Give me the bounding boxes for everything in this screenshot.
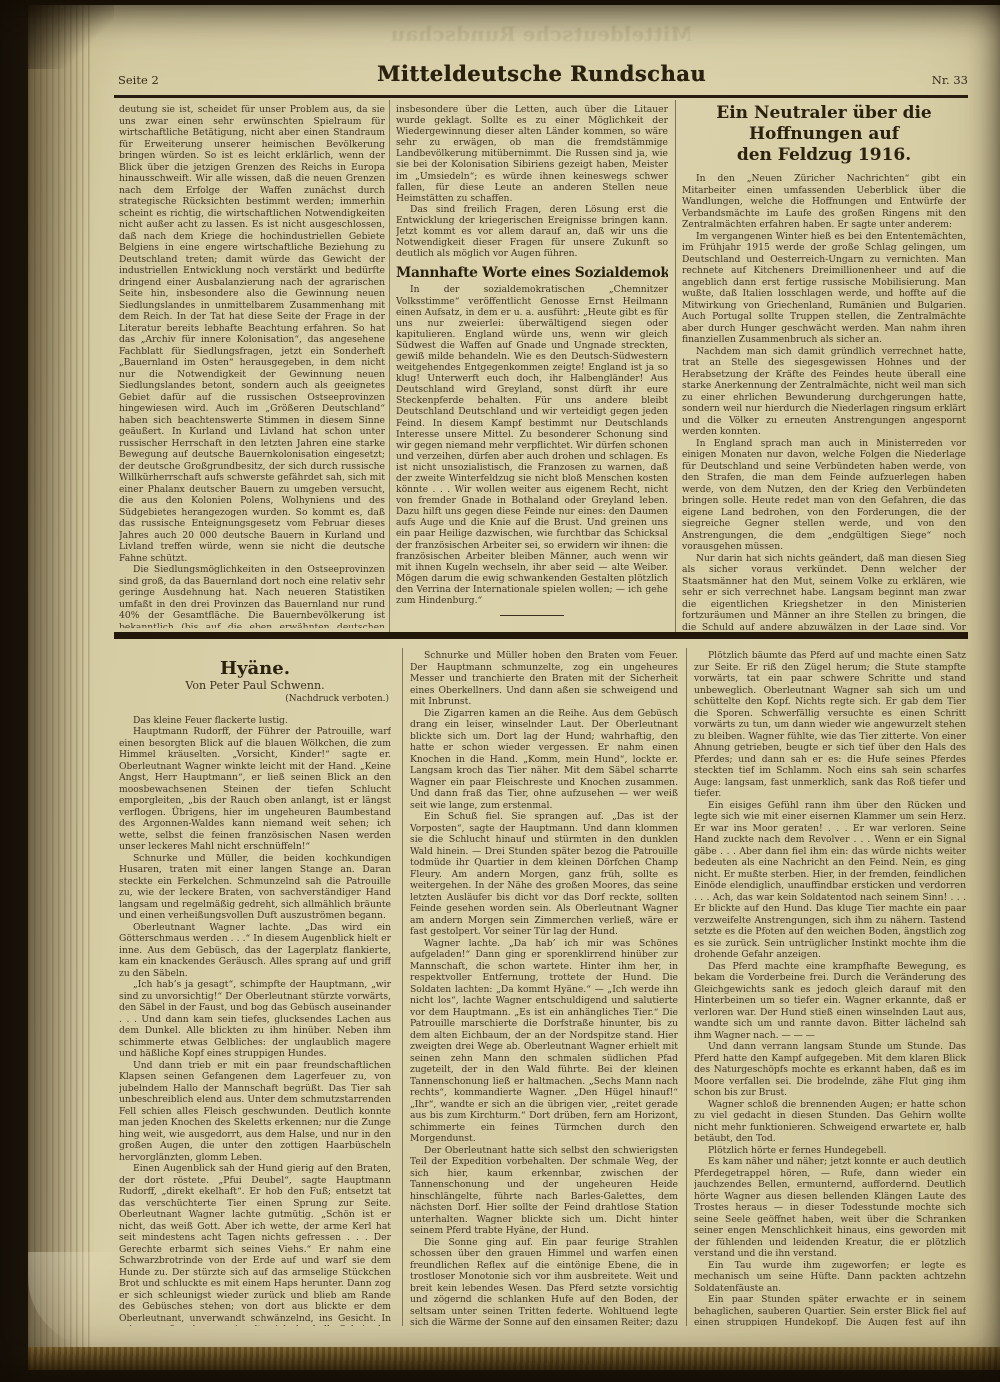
paragraph: Nachdem man sich damit gründlich verrech… xyxy=(682,346,966,438)
paragraph: In den „Neuen Züricher Nachrichten“ gibt… xyxy=(682,173,966,231)
paragraph: Ein Schuß fiel. Sie sprangen auf. „Das i… xyxy=(410,811,678,938)
paragraph: Das sind freilich Fragen, deren Lösung e… xyxy=(396,204,668,259)
paragraph: Schnurke und Müller hoben den Braten vom… xyxy=(410,650,678,708)
bottom-page-edges xyxy=(28,1347,1000,1370)
paragraph: Und dann trieb er mit ein paar freundsch… xyxy=(119,1060,391,1164)
story-title: Hyäne. xyxy=(119,663,391,675)
feuilleton-column-1: Hyäne. Von Peter Paul Schwenn. (Nachdruc… xyxy=(119,650,391,1326)
paragraph: Die Sonne ging auf. Ein paar feurige Str… xyxy=(410,1237,678,1327)
paragraph: deutung sie ist, scheidet für unser Prob… xyxy=(119,104,385,564)
paragraph: Schnurke und Müller, die beiden kochkund… xyxy=(119,853,391,922)
feuilleton-column-2: Schnurke und Müller hoben den Braten vom… xyxy=(410,650,678,1326)
article-title-neutraler-line1: Ein Neutraler über die Hoffnungen auf xyxy=(682,103,966,145)
article-column-left: deutung sie ist, scheidet für unser Prob… xyxy=(119,104,385,628)
masthead: Mitteldeutsche Rundschau xyxy=(115,61,968,86)
paragraph: Plötzlich bäumte das Pferd auf und macht… xyxy=(694,650,966,800)
paragraph: Einen Augenblick sah der Hund gierig auf… xyxy=(119,1163,391,1326)
story-byline: Von Peter Paul Schwenn. xyxy=(119,680,391,692)
paragraph: „Ich hab’s ja gesagt“, schimpfte der Hau… xyxy=(119,979,391,1060)
paragraph: Die Zigarren kamen an die Reihe. Aus dem… xyxy=(410,708,678,812)
article-title-sozialdemokraten: Mannhafte Worte eines Sozialdemokraten. xyxy=(396,268,668,279)
article-body: In den „Neuen Züricher Nachrichten“ gibt… xyxy=(682,173,966,630)
reprint-notice: (Nachdruck verboten.) xyxy=(119,694,389,706)
paragraph: Die Siedlungsmöglichkeiten in den Ostsee… xyxy=(119,564,385,628)
paragraph: Der Oberleutnant hatte sich selbst den s… xyxy=(410,1145,678,1237)
article-end-rule xyxy=(500,615,564,616)
article-continuation: insbesondere über die Letten, auch über … xyxy=(396,104,668,259)
paragraph: Und dann verrann langsam Stunde um Stund… xyxy=(694,1041,966,1099)
issue-number: Nr. 33 xyxy=(868,73,968,87)
column-rule xyxy=(675,100,676,632)
paragraph: Wagner schloß die brennenden Augen; er h… xyxy=(694,1099,966,1145)
paragraph: Hauptmann Rudorff, der Führer der Patrou… xyxy=(119,726,391,853)
newspaper-scan: Mitteldeutsche Rundschau Seite 2 Mitteld… xyxy=(0,0,1000,1382)
header-rule xyxy=(114,95,968,98)
masthead-bleedthrough: Mitteldeutsche Rundschau xyxy=(115,22,968,46)
paragraph: Das kleine Feuer flackerte lustig. xyxy=(119,715,391,727)
paragraph: Ein paar Stunden später erwachte er in s… xyxy=(694,1294,966,1326)
paragraph: Wagner lachte. „Da hab’ ich mir was Schö… xyxy=(410,938,678,1145)
page-corner-shadow xyxy=(28,5,114,69)
article-title-neutraler-line2: den Feldzug 1916. xyxy=(682,145,966,166)
paragraph: insbesondere über die Letten, auch über … xyxy=(396,104,668,204)
article-body: In der sozialdemokratischen „Chemnitzer … xyxy=(396,284,668,606)
paragraph: Es kam näher und näher; jetzt konnte er … xyxy=(694,1156,966,1260)
paragraph: In England sprach man auch in Ministerre… xyxy=(682,438,966,553)
story-body: Das kleine Feuer flackerte lustig.Hauptm… xyxy=(119,715,391,1327)
story-body: Plötzlich bäumte das Pferd auf und macht… xyxy=(694,650,966,1326)
article-column-right: Ein Neutraler über die Hoffnungen auf de… xyxy=(682,103,966,630)
paragraph: In der sozialdemokratischen „Chemnitzer … xyxy=(396,284,668,606)
paragraph: Ein eisiges Gefühl rann ihm über den Rüc… xyxy=(694,800,966,961)
paragraph: Nur darin hat sich nichts geändert, daß … xyxy=(682,553,966,631)
article-column-middle: insbesondere über die Letten, auch über … xyxy=(396,104,668,630)
paragraph: Im vergangenen Winter hieß es bei den En… xyxy=(682,231,966,346)
paragraph: Ein Tau wurde ihm zugeworfen; er legte e… xyxy=(694,1260,966,1295)
column-rule xyxy=(402,648,403,1326)
paragraph: Das Pferd machte eine krampfhafte Bewegu… xyxy=(694,961,966,1042)
column-rule xyxy=(686,648,687,1326)
section-divider-rule xyxy=(114,632,968,639)
column-rule xyxy=(389,100,390,632)
paragraph: Plötzlich hörte er fernes Hundegebell. xyxy=(694,1145,966,1157)
paragraph: Oberleutnant Wagner lachte. „Das wird ei… xyxy=(119,922,391,980)
feuilleton-column-3: Plötzlich bäumte das Pferd auf und macht… xyxy=(694,650,966,1326)
